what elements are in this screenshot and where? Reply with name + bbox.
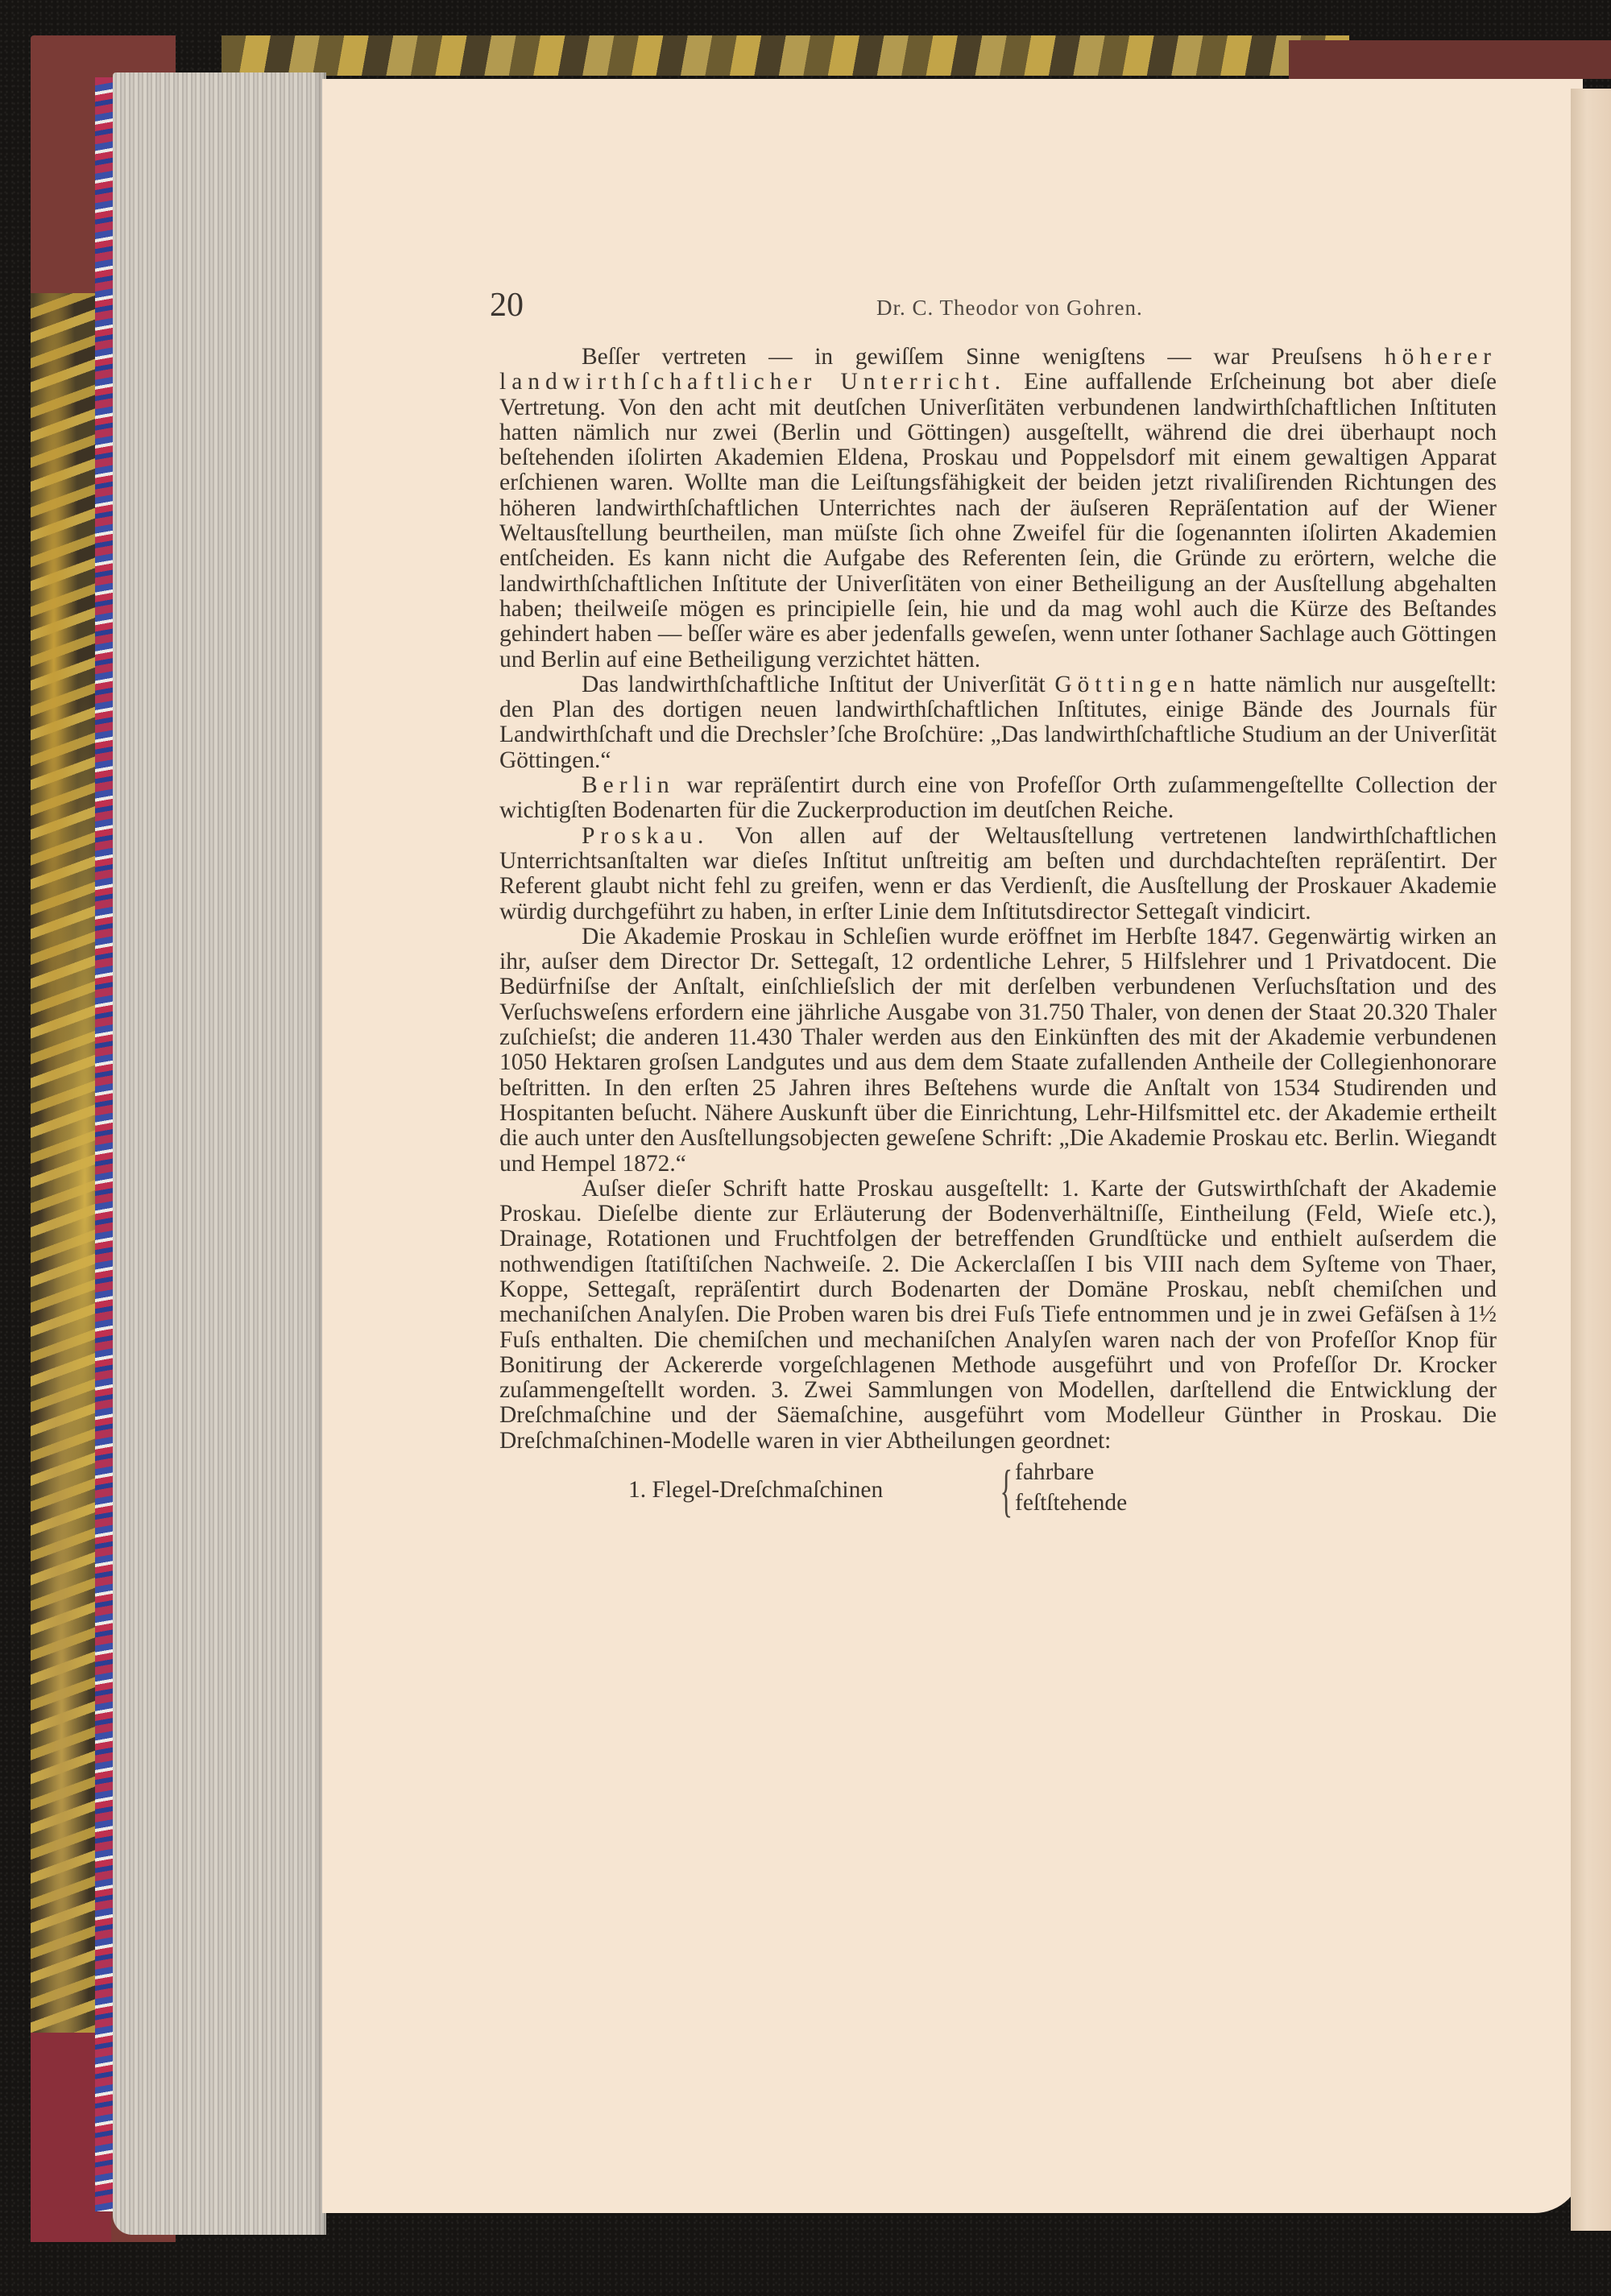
emphasized-text: Berlin [582, 772, 675, 798]
page-header: 20 Dr. C. Theodor von Gohren. [490, 286, 1601, 326]
emphasized-text: Proskau. [582, 823, 709, 849]
emphasized-text: Göttingen [1054, 672, 1200, 697]
next-page-edge [1571, 89, 1611, 2231]
text-segment: Die Akademie Proskau in Schleſien wurde … [499, 924, 1497, 1177]
book-cover-top-leather [1289, 40, 1611, 79]
marbled-page-edge [95, 77, 113, 2211]
paragraph: Das landwirthſchaftliche Inſtitut der Un… [499, 672, 1497, 773]
book-cover-top-marble [222, 35, 1349, 76]
paragraph: Beſſer vertreten — in gewiſſem Sinne wen… [499, 345, 1497, 672]
running-head: Dr. C. Theodor von Gohren. [876, 296, 1143, 321]
page-stack [113, 72, 326, 2235]
body-text: Beſſer vertreten — in gewiſſem Sinne wen… [499, 345, 1497, 1521]
paragraph: Die Akademie Proskau in Schleſien wurde … [499, 925, 1497, 1177]
list-option: fahrbare [1015, 1460, 1094, 1485]
brace-icon: { [1000, 1462, 1013, 1520]
paragraph: Proskau. Von allen auf der Weltausſtellu… [499, 824, 1497, 925]
paragraph: Berlin war repräſentirt durch eine von P… [499, 773, 1497, 824]
paragraph: Auſser dieſer Schrift hatte Proskau ausg… [499, 1177, 1497, 1454]
text-segment: Eine auffallende Erſcheinung bot aber di… [499, 369, 1497, 672]
page-number: 20 [490, 286, 524, 325]
text-segment: Das landwirthſchaftliche Inſtitut der Un… [582, 672, 1054, 697]
text-segment: Auſser dieſer Schrift hatte Proskau ausg… [499, 1176, 1497, 1454]
list-item-label: 1. Flegel-Dreſchmaſchinen [628, 1478, 883, 1503]
list-item: 1. Flegel-Dreſchmaſchinen { fahrbare feſ… [499, 1460, 1497, 1521]
text-segment: Beſſer vertreten — in gewiſſem Sinne wen… [582, 344, 1385, 370]
list-option: feſtſtehende [1015, 1491, 1127, 1516]
